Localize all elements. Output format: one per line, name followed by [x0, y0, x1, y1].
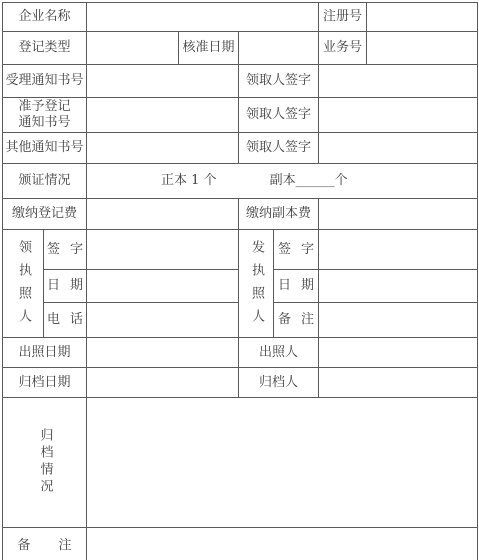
archive-status-vertical-text: 归档情况 — [36, 424, 54, 496]
certificate-status-label: 颁证情况 — [3, 164, 87, 199]
other-notice-label: 其他通知书号 — [3, 133, 87, 164]
license-issuer-label: 发执照人 — [239, 230, 274, 338]
grant-recipient-sign-label: 领取人签字 — [239, 98, 319, 133]
remarks-value — [87, 528, 478, 560]
grant-notice-label: 准予登记 通知书号 — [3, 98, 87, 133]
row-enterprise-name: 企业名称 注册号 — [3, 3, 478, 32]
row-fees: 缴纳登记费 缴纳副本费 — [3, 199, 478, 230]
license-issuer-vertical-text: 发执照人 — [247, 230, 265, 332]
other-recipient-sign-value — [319, 133, 478, 164]
acceptance-recipient-sign-value — [319, 65, 478, 98]
receiver-sign-label: 签 字 — [44, 230, 87, 270]
registration-type-value — [87, 32, 179, 65]
copy-fee-label: 缴纳副本费 — [239, 199, 319, 230]
approval-date-label: 核准日期 — [179, 32, 239, 65]
grant-notice-value — [87, 98, 239, 133]
issuer-note-value — [319, 303, 478, 338]
approval-date-value — [239, 32, 319, 65]
issuer-date-value — [319, 270, 478, 303]
enterprise-name-label: 企业名称 — [3, 3, 87, 32]
receiver-sign-value — [87, 230, 239, 270]
registration-fee-value — [87, 199, 239, 230]
registration-form-table: 企业名称 注册号 登记类型 核准日期 业务号 受理通知书号 领取人签字 准予登记… — [2, 2, 478, 560]
archive-date-value — [87, 368, 239, 398]
row-grant-notice: 准予登记 通知书号 领取人签字 — [3, 98, 478, 133]
row-acceptance-notice: 受理通知书号 领取人签字 — [3, 65, 478, 98]
license-out-date-label: 出照日期 — [3, 338, 87, 368]
row-certificate-status: 颁证情况 正本 1 个 副本______个 — [3, 164, 478, 199]
archive-date-label: 归档日期 — [3, 368, 87, 398]
row-remarks: 备 注 — [3, 528, 478, 560]
remarks-label: 备 注 — [3, 528, 87, 560]
registration-type-label: 登记类型 — [3, 32, 87, 65]
certificate-original-text: 正本 1 个 — [161, 173, 217, 189]
business-no-value — [367, 32, 478, 65]
row-license-out: 出照日期 出照人 — [3, 338, 478, 368]
receiver-date-label: 日 期 — [44, 270, 87, 303]
row-registration-type: 登记类型 核准日期 业务号 — [3, 32, 478, 65]
archive-status-value — [87, 398, 478, 528]
other-recipient-sign-label: 领取人签字 — [239, 133, 319, 164]
archive-person-label: 归档人 — [239, 368, 319, 398]
issuer-sign-label: 签 字 — [274, 230, 319, 270]
grant-notice-label-line1: 准予登记 — [3, 99, 86, 115]
receiver-phone-label: 电 话 — [44, 303, 87, 338]
archive-status-label: 归档情况 — [3, 398, 87, 528]
copy-fee-value — [319, 199, 478, 230]
archive-person-value — [319, 368, 478, 398]
grant-recipient-sign-value — [319, 98, 478, 133]
certificate-status-value: 正本 1 个 副本______个 — [87, 164, 478, 199]
row-archive: 归档日期 归档人 — [3, 368, 478, 398]
license-out-person-value — [319, 338, 478, 368]
business-no-label: 业务号 — [319, 32, 367, 65]
registered-no-value — [367, 3, 478, 32]
grant-notice-label-line2: 通知书号 — [3, 115, 86, 131]
acceptance-notice-label: 受理通知书号 — [3, 65, 87, 98]
issuer-date-label: 日 期 — [274, 270, 319, 303]
certificate-status-content: 正本 1 个 副本______个 — [87, 173, 477, 189]
license-receiver-label: 领执照人 — [3, 230, 44, 338]
certificate-copy-text: 副本______个 — [270, 173, 348, 189]
acceptance-notice-value — [87, 65, 239, 98]
receiver-date-value — [87, 270, 239, 303]
receiver-phone-value — [87, 303, 239, 338]
registration-fee-label: 缴纳登记费 — [3, 199, 87, 230]
row-other-notice: 其他通知书号 领取人签字 — [3, 133, 478, 164]
row-license-sign: 领执照人 签 字 发执照人 签 字 — [3, 230, 478, 270]
enterprise-name-value — [87, 3, 319, 32]
other-notice-value — [87, 133, 239, 164]
issuer-note-label: 备 注 — [274, 303, 319, 338]
registered-no-label: 注册号 — [319, 3, 367, 32]
issuer-sign-value — [319, 230, 478, 270]
license-out-date-value — [87, 338, 239, 368]
license-out-person-label: 出照人 — [239, 338, 319, 368]
license-receiver-vertical-text: 领执照人 — [14, 230, 32, 332]
row-archive-status: 归档情况 — [3, 398, 478, 528]
acceptance-recipient-sign-label: 领取人签字 — [239, 65, 319, 98]
